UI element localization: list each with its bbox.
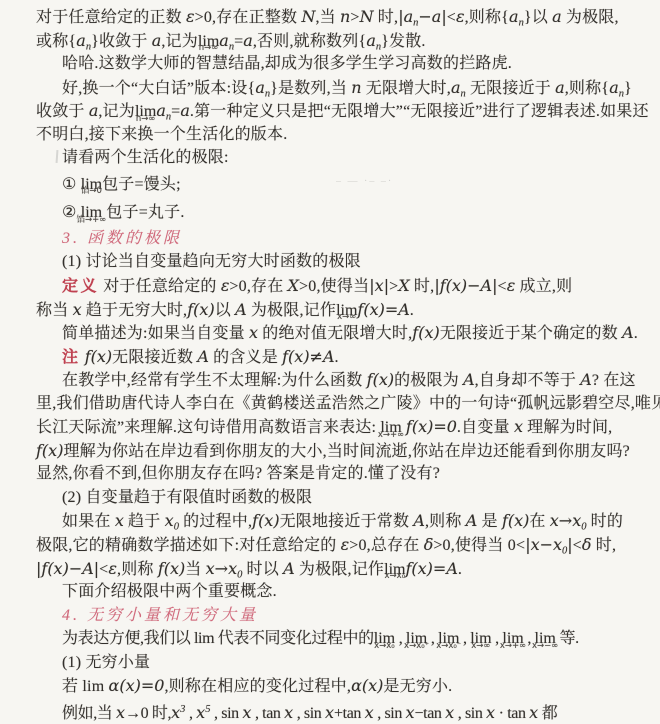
math-expression: a xyxy=(76,31,86,50)
text-segment: >0,存在 xyxy=(229,278,287,295)
text-segment: 时的 xyxy=(586,513,623,530)
lim-subscript: x→x₀ xyxy=(374,642,395,651)
math-expression: α(x) xyxy=(351,676,383,695)
text-line: 注 f(x)无限接近数 A 的含义是 f(x)≠A. xyxy=(0,345,660,369)
text-segment: , sin xyxy=(210,705,242,722)
text-segment: > xyxy=(350,9,359,26)
text-segment: >0,存在正整数 xyxy=(195,9,302,26)
lim-subscript: x→x₀⁻ xyxy=(436,642,461,651)
math-expression: A xyxy=(580,370,592,389)
math-expression: a xyxy=(366,31,376,50)
math-expression: ε xyxy=(108,559,117,578)
math-expression: A xyxy=(466,511,478,530)
lim-operator: limx→x₀ xyxy=(374,627,395,651)
math-expression: f(x)=A xyxy=(405,559,457,578)
text-segment: 3. 函数的极限 xyxy=(62,230,182,247)
text-segment: 成立,则 xyxy=(515,278,572,295)
text-segment: 好,换一个“大白话”版本:设{ xyxy=(62,80,255,97)
math-expression: x xyxy=(116,703,125,722)
text-segment: 例如,当 xyxy=(62,705,116,722)
math-expression: x xyxy=(445,703,454,722)
lim-subscript: 馅→0 xyxy=(81,187,102,196)
math-expression: x xyxy=(73,300,82,319)
math-expression: A xyxy=(197,347,209,366)
text-segment: 如果在 xyxy=(62,513,115,530)
text-segment: ,则称在相应的变化过程中, xyxy=(164,678,351,695)
text-segment: . xyxy=(335,349,339,366)
math-expression: X xyxy=(288,276,299,295)
text-segment: >0,使得当 xyxy=(299,278,369,295)
math-expression: x→x xyxy=(550,511,581,530)
text-line: 显然,你看不到,但你朋友存在吗? 答案是肯定的.懂了没有? xyxy=(0,462,660,486)
math-expression: x xyxy=(115,511,124,530)
text-segment: ? 在这 xyxy=(592,372,636,389)
text-line: 为表达方便,我们以 lim 代表不同变化过程中的limx→x₀ , limx→x… xyxy=(0,627,660,651)
text-segment: →0 时, xyxy=(125,705,171,722)
text-segment: 的含义是 xyxy=(209,349,282,366)
red-label: 注 xyxy=(62,349,81,366)
text-line: 极限,它的精确数学描述如下:对任意给定的 ε>0,总存在 δ>0,使得当 0<|… xyxy=(0,533,660,557)
lim-operator: lim馅→0 xyxy=(81,173,102,197)
text-segment: 为极限, xyxy=(562,9,619,26)
lim-subscript: x→+∞ xyxy=(500,642,526,651)
section-heading: 4. 无穷小量和无穷大量 xyxy=(0,604,660,628)
text-segment: 在教学中,经常有学生不太理解:为什么函数 xyxy=(62,372,367,389)
lim-operator: limx→x₀⁺ xyxy=(406,627,427,651)
math-expression: f(x) xyxy=(36,441,63,460)
lim-operator: limx→+∞ xyxy=(502,627,523,651)
text-segment: 对于任意给定的 xyxy=(99,278,221,295)
math-expression: |x−x xyxy=(525,535,562,554)
lim-operator: limx→∞ xyxy=(336,299,357,323)
lim-operator: limx→x₀ xyxy=(384,558,405,582)
text-segment: = xyxy=(234,33,243,50)
text-segment: −tan xyxy=(415,705,446,722)
text-line: 好,换一个“大白话”版本:设{an}是数列,当 n 无限增大时,an 无限接近于… xyxy=(0,76,660,100)
math-expression: x xyxy=(242,703,251,722)
lim-operator: limx→x₀⁻ xyxy=(438,627,459,651)
text-segment: .自变量 xyxy=(457,419,514,436)
text-segment: 理解为你站在岸边看到你朋友的大小,当时间流逝,你站在岸边还能看到你朋友吗? xyxy=(63,443,630,460)
text-segment: }发散. xyxy=(381,33,425,50)
lim-subscript: x→∞ xyxy=(471,642,490,651)
text-line: (2) 自变量趋于有限值时函数的极限 xyxy=(0,486,660,510)
red-label: 定义 xyxy=(62,278,99,295)
textbook-page: 对于任意给定的正数 ε>0,存在正整数 N,当 n>N 时,|an−a|<ε,则… xyxy=(0,0,660,724)
math-expression: a xyxy=(609,78,619,97)
text-segment: ,记为 xyxy=(161,33,198,50)
math-expression: x xyxy=(325,703,334,722)
math-expression: f(x) xyxy=(502,511,529,530)
math-expression: a xyxy=(509,7,519,26)
math-expression: x xyxy=(196,703,205,722)
text-line: 在教学中,经常有学生不太理解:为什么函数 f(x)的极限为 A,自身却不等于 A… xyxy=(0,368,660,392)
text-segment: < xyxy=(498,278,507,295)
text-segment: 极限,它的精确数学描述如下:对任意给定的 xyxy=(36,537,341,554)
math-expression: n xyxy=(340,7,350,26)
text-segment: (1) 无穷小量 xyxy=(62,654,150,671)
text-segment: 以 xyxy=(215,302,235,319)
text-segment: · tan xyxy=(495,705,529,722)
text-segment: 当 xyxy=(185,561,205,578)
lim-subscript: x→−∞ xyxy=(532,642,558,651)
text-segment: 无限接近于 xyxy=(466,80,555,97)
text-segment: 都 xyxy=(538,705,557,722)
text-line: 若 lim α(x)=0,则称在相应的变化过程中,α(x)是无穷小. xyxy=(0,674,660,698)
text-segment: 时, xyxy=(374,9,399,26)
text-segment: ,否则,就称数列{ xyxy=(253,33,366,50)
text-segment: 包子=丸子. xyxy=(102,204,184,221)
math-expression: a xyxy=(243,31,253,50)
math-expression: x xyxy=(284,703,293,722)
text-segment: 等. xyxy=(556,630,579,647)
math-expression: a xyxy=(156,101,166,120)
text-line: 请看两个生活化的极限: xyxy=(0,146,660,170)
lim-subscript: x→x₀⁺ xyxy=(404,642,429,651)
math-expression: f(x) xyxy=(158,559,185,578)
text-segment: 为极限,记作 xyxy=(247,302,336,319)
text-segment: 若 lim xyxy=(62,678,109,695)
text-segment: 趋于无穷大时, xyxy=(82,302,188,319)
math-expression: a xyxy=(152,31,162,50)
text-segment: ,记为 xyxy=(98,103,135,120)
text-segment: 为极限,记作 xyxy=(295,561,384,578)
math-expression: a xyxy=(180,101,190,120)
math-expression: a xyxy=(219,31,229,50)
page-content: 对于任意给定的正数 ε>0,存在正整数 N,当 n>N 时,|an−a|<ε,则… xyxy=(0,5,660,721)
math-expression: x xyxy=(365,703,374,722)
text-segment: > xyxy=(389,278,398,295)
text-line: 简单描述为:如果当自变量 x 的绝对值无限增大时,f(x)无限接近于某个确定的数… xyxy=(0,321,660,345)
text-segment: 对于任意给定的正数 xyxy=(36,9,186,26)
text-segment: , sin xyxy=(374,705,406,722)
text-line: 长江天际流”来理解.这句诗借用高数语言来表达: limx→+∞ f(x)=0.自… xyxy=(0,415,660,439)
text-segment: ,则称{ xyxy=(465,9,509,26)
math-expression: x xyxy=(171,703,180,722)
math-expression: f(x) xyxy=(367,370,394,389)
text-segment: 理解为时间, xyxy=(523,419,612,436)
math-expression: f(x) xyxy=(412,323,439,342)
text-segment: , tan xyxy=(251,705,284,722)
text-segment: . xyxy=(458,561,462,578)
math-expression: x xyxy=(514,417,523,436)
text-segment: (1) 讨论当自变量趋向无穷大时函数的极限 xyxy=(62,253,361,270)
math-expression: a xyxy=(255,78,265,97)
math-expression: |f(x)−A| xyxy=(36,559,99,578)
text-segment: . xyxy=(410,302,414,319)
math-expression: f(x)≠A xyxy=(282,347,334,366)
text-segment: , sin xyxy=(454,705,486,722)
math-expression: A xyxy=(463,370,475,389)
text-segment: . xyxy=(634,325,638,342)
text-segment: 的极限为 xyxy=(394,372,463,389)
text-segment: 收敛于 xyxy=(36,103,89,120)
text-line: (1) 无穷小量 xyxy=(0,651,660,675)
math-expression: A xyxy=(283,559,295,578)
text-segment: ,则称 xyxy=(425,513,466,530)
text-segment: (2) 自变量趋于有限值时函数的极限 xyxy=(62,489,312,506)
text-line: 称当 x 趋于无穷大时,f(x)以 A 为极限,记作limx→∞f(x)=A. xyxy=(0,298,660,322)
text-line: 或称{an}收敛于 a,记为limn→∞an=a,否则,就称数列{an}发散. xyxy=(0,29,660,53)
text-segment: 下面介绍极限中两个重要概念. xyxy=(62,583,277,600)
lim-operator: limx→−∞ xyxy=(535,627,556,651)
text-segment: 无限增大时, xyxy=(362,80,451,97)
text-line: (1) 讨论当自变量趋向无穷大时函数的极限 xyxy=(0,250,660,274)
text-line: ① lim馅→0包子=馒头; xyxy=(0,173,660,197)
math-expression: A xyxy=(413,511,425,530)
text-segment: 的绝对值无限增大时, xyxy=(258,325,412,342)
text-line: |f(x)−A|<ε,则称 f(x)当 x→x0 时以 A 为极限,记作limx… xyxy=(0,557,660,581)
text-segment: 显然,你看不到,但你朋友存在吗? 答案是肯定的.懂了没有? xyxy=(36,465,440,482)
math-expression: |a xyxy=(398,7,413,26)
text-segment: 包子=馒头; xyxy=(102,176,181,193)
lim-operator: lim馅→+∞ xyxy=(81,201,102,225)
text-segment: 无限接近数 xyxy=(112,349,197,366)
text-segment: >0,总存在 xyxy=(349,537,423,554)
section-heading: 3. 函数的极限 xyxy=(0,227,660,251)
text-line: 收敛于 a,记为limn→∞an=a.第一种定义只是把“无限增大”“无限接近”进… xyxy=(0,99,660,123)
text-segment: 长江天际流”来理解.这句诗借用高数语言来表达: xyxy=(36,419,380,436)
text-line: 例如,当 x→0 时,x3 , x5 , sin x , tan x , sin… xyxy=(0,698,660,722)
text-segment: }以 xyxy=(524,9,552,26)
text-line: 不明白,接下来换一个生活化的版本. xyxy=(0,123,660,147)
math-expression: x xyxy=(249,323,258,342)
math-expression: ε xyxy=(341,535,350,554)
text-segment: 的过程中, xyxy=(179,513,252,530)
math-expression: |x| xyxy=(369,276,389,295)
math-expression: x xyxy=(165,511,174,530)
text-segment: .第一种定义只是把“无限增大”“无限接近”进行了逻辑表述.如果还 xyxy=(190,103,649,120)
text-segment: 时, xyxy=(592,537,617,554)
math-expression: A xyxy=(622,323,634,342)
math-expression: x xyxy=(406,703,415,722)
text-segment: 称当 xyxy=(36,302,73,319)
math-expression: ε xyxy=(186,7,195,26)
text-segment: 无限地接近于常数 xyxy=(280,513,414,530)
lim-operator: limn→∞ xyxy=(198,30,219,54)
text-segment: +tan xyxy=(334,705,365,722)
text-line: 定义 对于任意给定的 ε>0,存在 X>0,使得当|x|>X 时,|f(x)−A… xyxy=(0,274,660,298)
math-expression: −a| xyxy=(418,7,446,26)
text-line: f(x)理解为你站在岸边看到你朋友的大小,当时间流逝,你站在岸边还能看到你朋友吗… xyxy=(0,439,660,463)
text-segment: 4. 无穷小量和无穷大量 xyxy=(62,607,258,624)
math-expression: f(x) xyxy=(187,300,214,319)
math-expression: a xyxy=(451,78,461,97)
text-segment: 请看两个生活化的极限: xyxy=(62,149,229,166)
text-segment: ,则称{ xyxy=(565,80,609,97)
math-expression: a xyxy=(552,7,562,26)
text-segment: 时, xyxy=(410,278,435,295)
scan-artifact-stray-marks: – — ·– –· xyxy=(336,176,446,188)
text-segment: }收敛于 xyxy=(91,33,152,50)
text-segment: < xyxy=(447,9,456,26)
text-segment: 为表达方便,我们以 lim 代表不同变化过程中的 xyxy=(62,630,374,647)
text-segment: 简单描述为:如果当自变量 xyxy=(62,325,249,342)
math-expression: x xyxy=(529,703,538,722)
math-expression: f(x)=0 xyxy=(406,417,457,436)
text-segment: 不明白,接下来换一个生活化的版本. xyxy=(36,126,287,143)
math-expression: |f(x)−A| xyxy=(434,276,497,295)
text-segment: ,当 xyxy=(315,9,340,26)
text-segment: }是数列,当 xyxy=(270,80,351,97)
text-line: 对于任意给定的正数 ε>0,存在正整数 N,当 n>N 时,|an−a|<ε,则… xyxy=(0,5,660,29)
text-line: 如果在 x 趋于 x0 的过程中,f(x)无限地接近于常数 A,则称 A 是 f… xyxy=(0,509,660,533)
text-segment: , xyxy=(185,705,196,722)
text-segment: ① xyxy=(62,176,81,193)
math-expression: a xyxy=(555,78,565,97)
math-expression: f(x) xyxy=(252,511,279,530)
text-line: 下面介绍极限中两个重要概念. xyxy=(0,580,660,604)
math-expression: a xyxy=(89,101,99,120)
text-segment: } xyxy=(624,80,632,97)
math-expression: δ xyxy=(424,535,434,554)
math-expression: N xyxy=(301,7,315,26)
text-segment: ,则称 xyxy=(117,561,158,578)
text-segment: , sin xyxy=(293,705,325,722)
text-segment: = xyxy=(171,103,180,120)
text-segment: 或称{ xyxy=(36,33,76,50)
lim-subscript: 馅→+∞ xyxy=(77,216,107,225)
lim-operator: limn→∞ xyxy=(135,100,156,124)
math-expression: x xyxy=(486,703,495,722)
text-segment: 无限接近于某个确定的数 xyxy=(440,325,622,342)
text-segment: >0,使得当 0< xyxy=(433,537,525,554)
math-expression: A xyxy=(235,300,247,319)
math-expression: N xyxy=(360,7,374,26)
text-segment: 在 xyxy=(529,513,549,530)
text-segment: < xyxy=(573,537,582,554)
math-expression: n xyxy=(351,78,361,97)
text-segment: 是 xyxy=(477,513,502,530)
text-segment: 里,我们借助唐代诗人李白在《黄鹤楼送孟浩然之广陵》中的一句诗“孤帆远影碧空尽,唯… xyxy=(36,395,660,412)
math-expression: f(x) xyxy=(85,347,112,366)
text-segment: 趋于 xyxy=(124,513,165,530)
text-segment: ,自身却不等于 xyxy=(475,372,581,389)
lim-operator: limx→∞ xyxy=(470,627,491,651)
text-segment: 时以 xyxy=(242,561,283,578)
lim-operator: limx→+∞ xyxy=(380,416,401,440)
math-expression: δ xyxy=(582,535,592,554)
text-line: 里,我们借助唐代诗人李白在《黄鹤楼送孟浩然之广陵》中的一句诗“孤帆远影碧空尽,唯… xyxy=(0,392,660,416)
math-expression: X xyxy=(398,276,409,295)
math-expression: x→x xyxy=(206,559,237,578)
math-expression: f(x)=A xyxy=(357,300,409,319)
text-line: ② lim馅→+∞ 包子=丸子. xyxy=(0,201,660,225)
text-line: 哈哈.这数学大师的智慧结晶,却成为很多学生学习高数的拦路虎. xyxy=(0,52,660,76)
text-segment: 是无穷小. xyxy=(383,678,452,695)
math-expression: ε xyxy=(456,7,465,26)
math-expression: α(x)=0 xyxy=(109,676,165,695)
text-segment: 哈哈.这数学大师的智慧结晶,却成为很多学生学习高数的拦路虎. xyxy=(62,55,512,72)
